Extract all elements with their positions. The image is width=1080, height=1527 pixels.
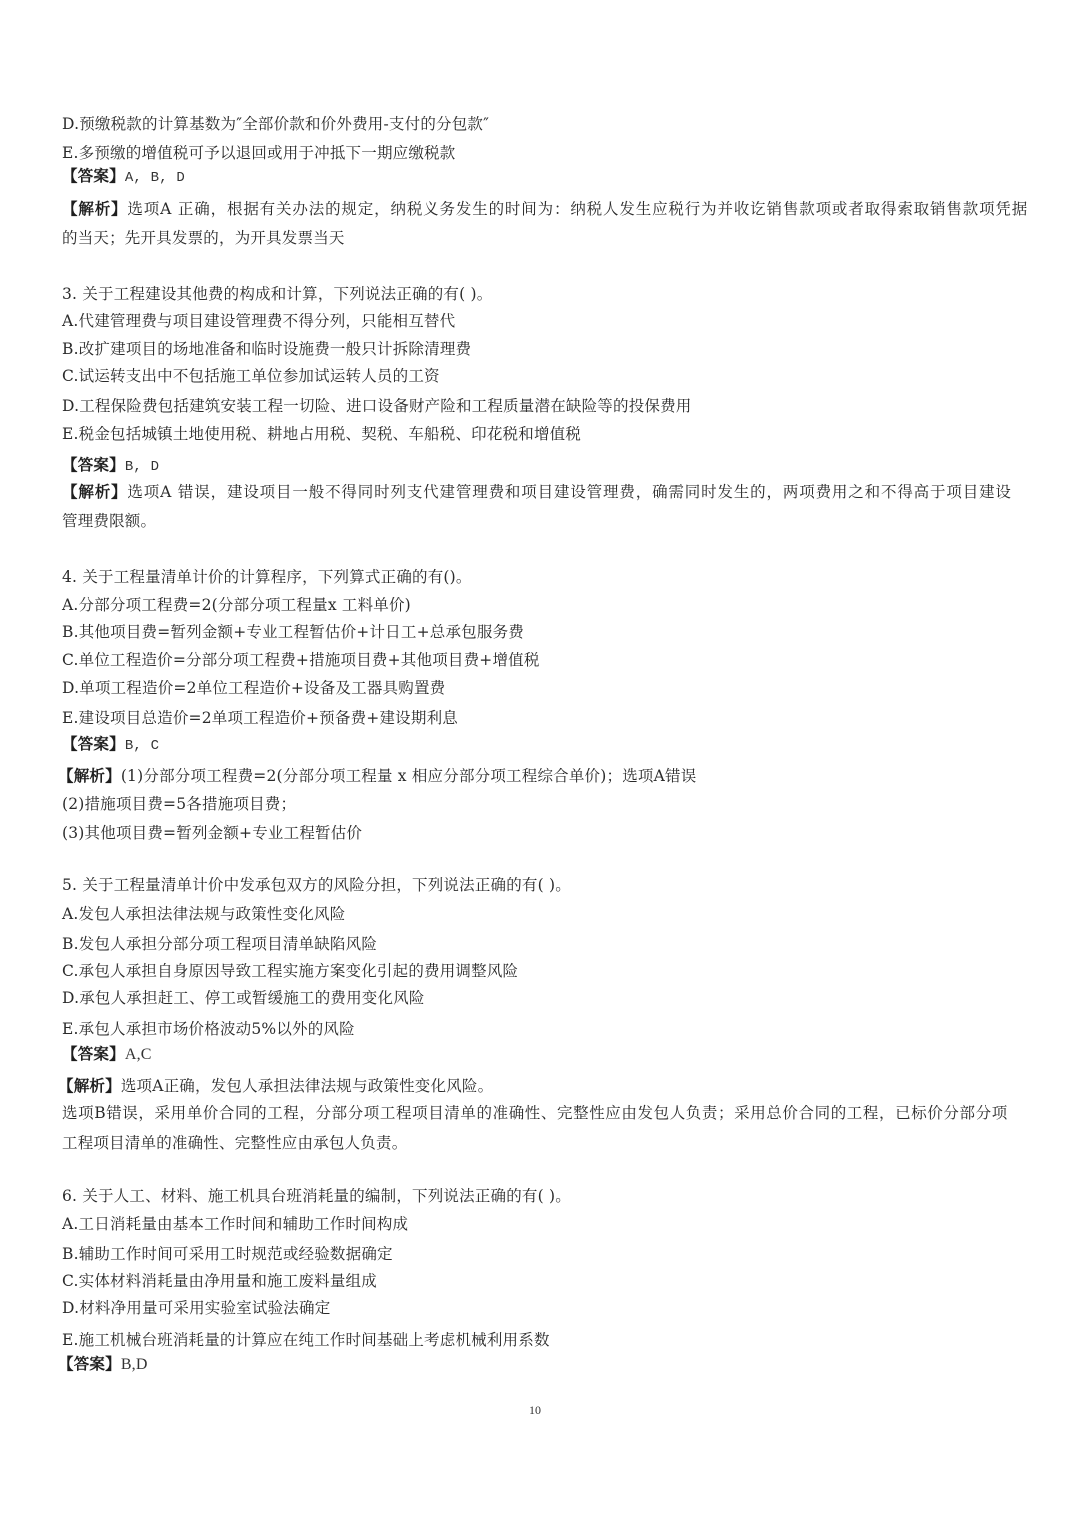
answer-value: B,D xyxy=(121,1356,148,1373)
option-d: D.工程保险费包括建筑安装工程一切险、进口设备财产险和工程质量潜在缺险等的投保费… xyxy=(62,396,692,416)
option-a: A.发包人承担法律法规与政策性变化风险 xyxy=(62,904,345,924)
answer-line: 【答案】B, C xyxy=(62,734,159,756)
analysis-line-1: 【解析】选项A 错误，建设项目一般不得同时列支代建管理费和项目建设管理费，确需同… xyxy=(62,482,1012,502)
answer-label: 【答案】 xyxy=(62,455,125,474)
analysis-label: 【解析】 xyxy=(62,482,127,501)
question-stem: 6. 关于人工、材料、施工机具台班消耗量的编制，下列说法正确的有( )。 xyxy=(62,1186,571,1206)
option-c: C.试运转支出中不包括施工单位参加试运转人员的工资 xyxy=(62,366,440,386)
analysis-line-2: (2)措施项目费=5各措施项目费； xyxy=(62,794,296,814)
option-b: B.改扩建项目的场地准备和临时设施费一般只计拆除清理费 xyxy=(62,339,471,359)
answer-label: 【答案】 xyxy=(62,1044,125,1063)
answer-line: 【答案】B,D xyxy=(58,1354,148,1375)
analysis-label: 【解析】 xyxy=(62,199,127,218)
option-d: D.材料净用量可采用实验室试验法确定 xyxy=(62,1298,330,1318)
option-b: B.辅助工作时间可采用工时规范或经验数据确定 xyxy=(62,1244,393,1264)
option-c: C.实体材料消耗量由净用量和施工废料量组成 xyxy=(62,1271,377,1291)
option-d: D.承包人承担赶工、停工或暂缓施工的费用变化风险 xyxy=(62,988,425,1008)
analysis-text: (1)分部分项工程费=2(分部分项工程量 x 相应分部分项工程综合单价)；选项A… xyxy=(121,767,697,785)
answer-label: 【答案】 xyxy=(62,166,125,185)
analysis-line-3: (3)其他项目费=暂列金额+专业工程暂估价 xyxy=(62,823,362,843)
analysis-line-3: 工程项目清单的准确性、完整性应由承包人负责。 xyxy=(62,1133,407,1153)
answer-value: A, B, D xyxy=(125,170,185,186)
option-e: E.施工机械台班消耗量的计算应在纯工作时间基础上考虑机械利用系数 xyxy=(62,1330,550,1350)
answer-line: 【答案】B, D xyxy=(62,455,159,477)
option-d: D.单项工程造价=2单位工程造价+设备及工器具购置费 xyxy=(62,678,445,698)
page-number: 10 xyxy=(529,1403,541,1418)
option-a: A.分部分项工程费=2(分部分项工程量x 工料单价) xyxy=(62,595,411,615)
analysis-line-2: 的当天；先开具发票的，为开具发票当天 xyxy=(62,228,345,248)
answer-label: 【答案】 xyxy=(58,1354,121,1373)
answer-value: B, D xyxy=(125,459,159,475)
analysis-line-1: 【解析】选项A 正确，根据有关办法的规定，纳税义务发生的时间为：纳税人发生应税行… xyxy=(62,199,1028,219)
question-stem: 3. 关于工程建设其他费的构成和计算，下列说法正确的有( )。 xyxy=(62,284,492,304)
analysis-label: 【解析】 xyxy=(58,1076,121,1095)
answer-value: A,C xyxy=(125,1046,152,1063)
option-b: B.发包人承担分部分项工程项目清单缺陷风险 xyxy=(62,934,377,954)
analysis-line-2: 选项B错误，采用单价合同的工程，分部分项工程项目清单的准确性、完整性应由发包人负… xyxy=(62,1103,1008,1123)
answer-value: B, C xyxy=(125,738,159,754)
option-b: B.其他项目费=暂列金额+专业工程暂估价+计日工+总承包服务费 xyxy=(62,622,524,642)
option-d: D.预缴税款的计算基数为″全部价款和价外费用-支付的分包款″ xyxy=(62,114,489,134)
option-e: E.承包人承担市场价格波动5%以外的风险 xyxy=(62,1019,355,1039)
answer-label: 【答案】 xyxy=(62,734,125,753)
analysis-line-2: 管理费限额。 xyxy=(62,511,156,531)
document-page: D.预缴税款的计算基数为″全部价款和价外费用-支付的分包款″ E.多预缴的增值税… xyxy=(0,0,1080,1527)
answer-line: 【答案】A,C xyxy=(62,1044,152,1065)
option-a: A.工日消耗量由基本工作时间和辅助工作时间构成 xyxy=(62,1214,408,1234)
option-a: A.代建管理费与项目建设管理费不得分列，只能相互替代 xyxy=(62,311,455,331)
option-c: C.单位工程造价=分部分项工程费+措施项目费+其他项目费+增值税 xyxy=(62,650,540,670)
option-e: E.税金包括城镇土地使用税、耕地占用税、契税、车船税、印花税和增值税 xyxy=(62,424,581,444)
analysis-text: 选项A正确，发包人承担法律法规与政策性变化风险。 xyxy=(121,1077,494,1095)
question-stem: 5. 关于工程量清单计价中发承包双方的风险分担，下列说法正确的有( )。 xyxy=(62,875,571,895)
question-stem: 4. 关于工程量清单计价的计算程序，下列算式正确的有()。 xyxy=(62,567,472,587)
analysis-text: 选项A 正确，根据有关办法的规定，纳税义务发生的时间为：纳税人发生应税行为并收讫… xyxy=(127,200,1028,218)
analysis-text: 选项A 错误，建设项目一般不得同时列支代建管理费和项目建设管理费，确需同时发生的… xyxy=(127,483,1011,501)
analysis-line-1: 【解析】(1)分部分项工程费=2(分部分项工程量 x 相应分部分项工程综合单价)… xyxy=(58,766,696,786)
analysis-line-1: 【解析】选项A正确，发包人承担法律法规与政策性变化风险。 xyxy=(58,1076,493,1096)
option-e: E.多预缴的增值税可予以退回或用于冲抵下一期应缴税款 xyxy=(62,143,455,163)
analysis-label: 【解析】 xyxy=(58,766,121,785)
answer-line: 【答案】A, B, D xyxy=(62,166,185,188)
option-c: C.承包人承担自身原因导致工程实施方案变化引起的费用调整风险 xyxy=(62,961,518,981)
option-e: E.建设项目总造价=2单项工程造价+预备费+建设期利息 xyxy=(62,708,458,728)
